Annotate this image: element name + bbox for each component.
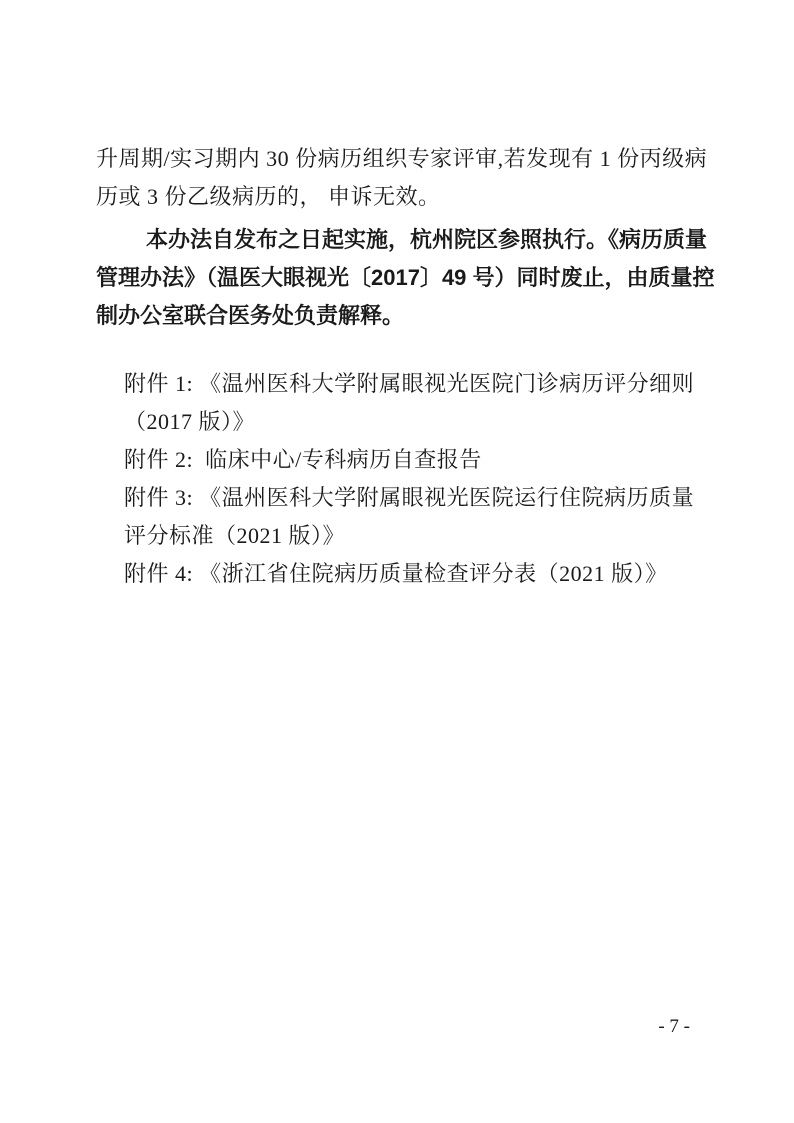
paragraph-implementation: 本办法自发布之日起实施，杭州院区参照执行。《病历质量 管理办法》（温医大眼视光〔… xyxy=(96,221,704,335)
page-number: - 7 - xyxy=(658,1016,690,1038)
attachment-line-1-continued: （2017 版）》 xyxy=(124,403,704,441)
text-line: 制办公室联合医务处负责解释。 xyxy=(96,297,704,335)
text-line: 管理办法》（温医大眼视光〔2017〕49 号）同时废止，由质量控 xyxy=(96,259,704,297)
text-line: 历或 3 份乙级病历的， 申诉无效。 xyxy=(96,178,704,216)
attachments-list: 附件 1: 《温州医科大学附属眼视光医院门诊病历评分细则 （2017 版）》 附… xyxy=(96,365,704,593)
text-line: 升周期/实习期内 30 份病历组织专家评审,若发现有 1 份丙级病 xyxy=(96,140,704,178)
attachment-line-4: 附件 4: 《浙江省住院病历质量检查评分表（2021 版）》 xyxy=(124,555,704,593)
paragraph-appeal-invalid: 升周期/实习期内 30 份病历组织专家评审,若发现有 1 份丙级病 历或 3 份… xyxy=(96,140,704,216)
document-page: 升周期/实习期内 30 份病历组织专家评审,若发现有 1 份丙级病 历或 3 份… xyxy=(0,0,794,1123)
text-line: 本办法自发布之日起实施，杭州院区参照执行。《病历质量 xyxy=(96,221,704,259)
attachment-line-3-continued: 评分标准（2021 版）》 xyxy=(124,517,704,555)
attachment-line-2: 附件 2: 临床中心/专科病历自查报告 xyxy=(124,441,704,479)
attachment-line-3: 附件 3: 《温州医科大学附属眼视光医院运行住院病历质量 xyxy=(124,479,704,517)
attachment-line-1: 附件 1: 《温州医科大学附属眼视光医院门诊病历评分细则 xyxy=(124,365,704,403)
